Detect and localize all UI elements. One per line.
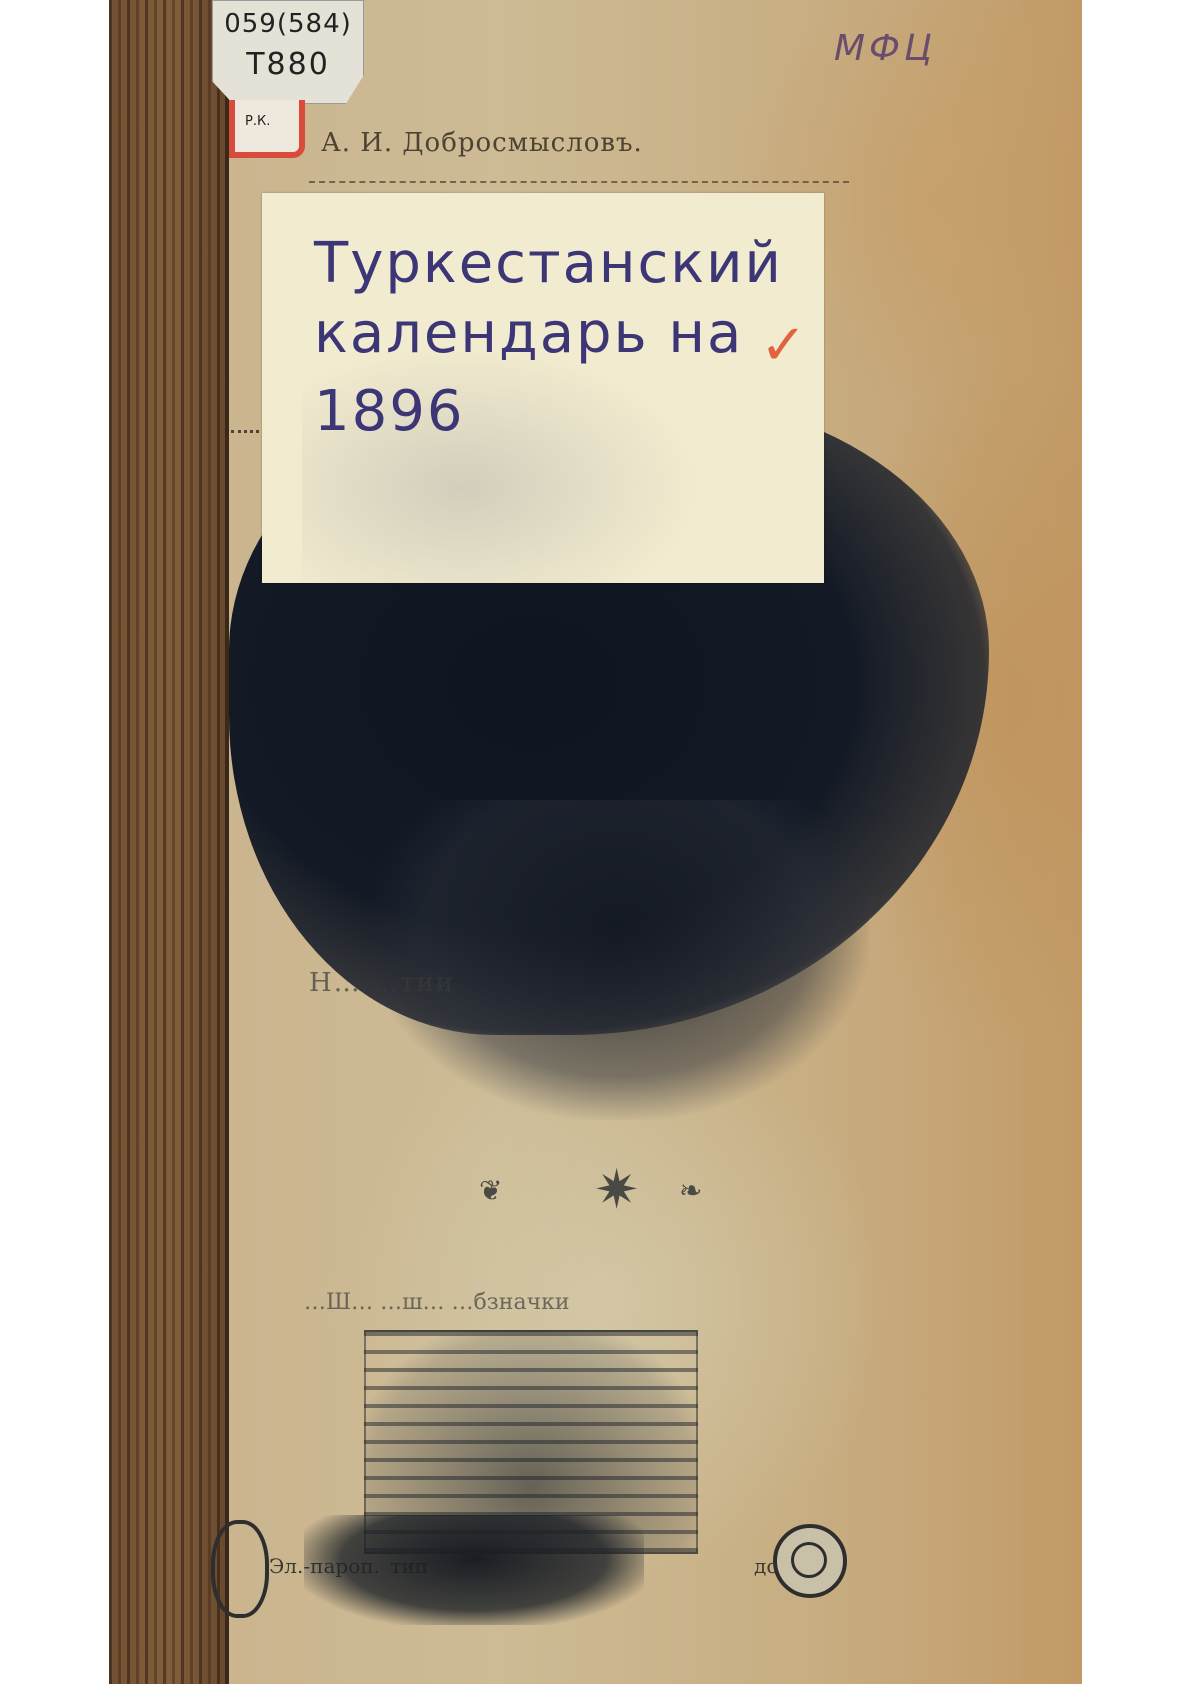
rosette-star-icon: ✷ bbox=[594, 1160, 639, 1220]
medal-seal-icon bbox=[773, 1524, 847, 1598]
ornament-rosette: ❦ ✷ ❧ bbox=[439, 1160, 939, 1220]
handwritten-title-line-1: Туркестанский bbox=[314, 231, 783, 296]
handwritten-title-line-2: календарь на bbox=[314, 301, 743, 366]
pasted-title-label: Туркестанский календарь на 1896 ✓ bbox=[262, 193, 824, 583]
handwritten-corner-note: МФЦ bbox=[834, 28, 936, 69]
ink-blot-lower bbox=[369, 800, 869, 1120]
book-cover-scan: 059(584) T880 Р.К. МФЦ А. И. Добросмысло… bbox=[109, 0, 1082, 1684]
library-call-number-tag: 059(584) T880 bbox=[212, 0, 364, 104]
red-label-text: Р.К. bbox=[245, 114, 270, 129]
ink-blot-bottom bbox=[304, 1515, 644, 1625]
call-number-line-2: T880 bbox=[213, 47, 363, 82]
call-number-line-1: 059(584) bbox=[213, 9, 363, 39]
medal-portrait-icon bbox=[211, 1520, 269, 1618]
faded-printed-title: Н… …тии bbox=[309, 968, 455, 998]
printed-author: А. И. Добросмысловъ. bbox=[321, 128, 643, 158]
ornament-right-icon: ❧ bbox=[679, 1174, 702, 1207]
red-check-mark-icon: ✓ bbox=[760, 313, 807, 378]
book-spine bbox=[109, 0, 229, 1684]
red-library-label: Р.К. bbox=[229, 100, 305, 158]
handwritten-year: 1896 bbox=[314, 379, 465, 444]
wavy-rule bbox=[309, 175, 849, 183]
faded-publisher-text: …Ш… …ш… …бзначки bbox=[304, 1290, 570, 1315]
ornament-left-icon: ❦ bbox=[479, 1174, 502, 1207]
